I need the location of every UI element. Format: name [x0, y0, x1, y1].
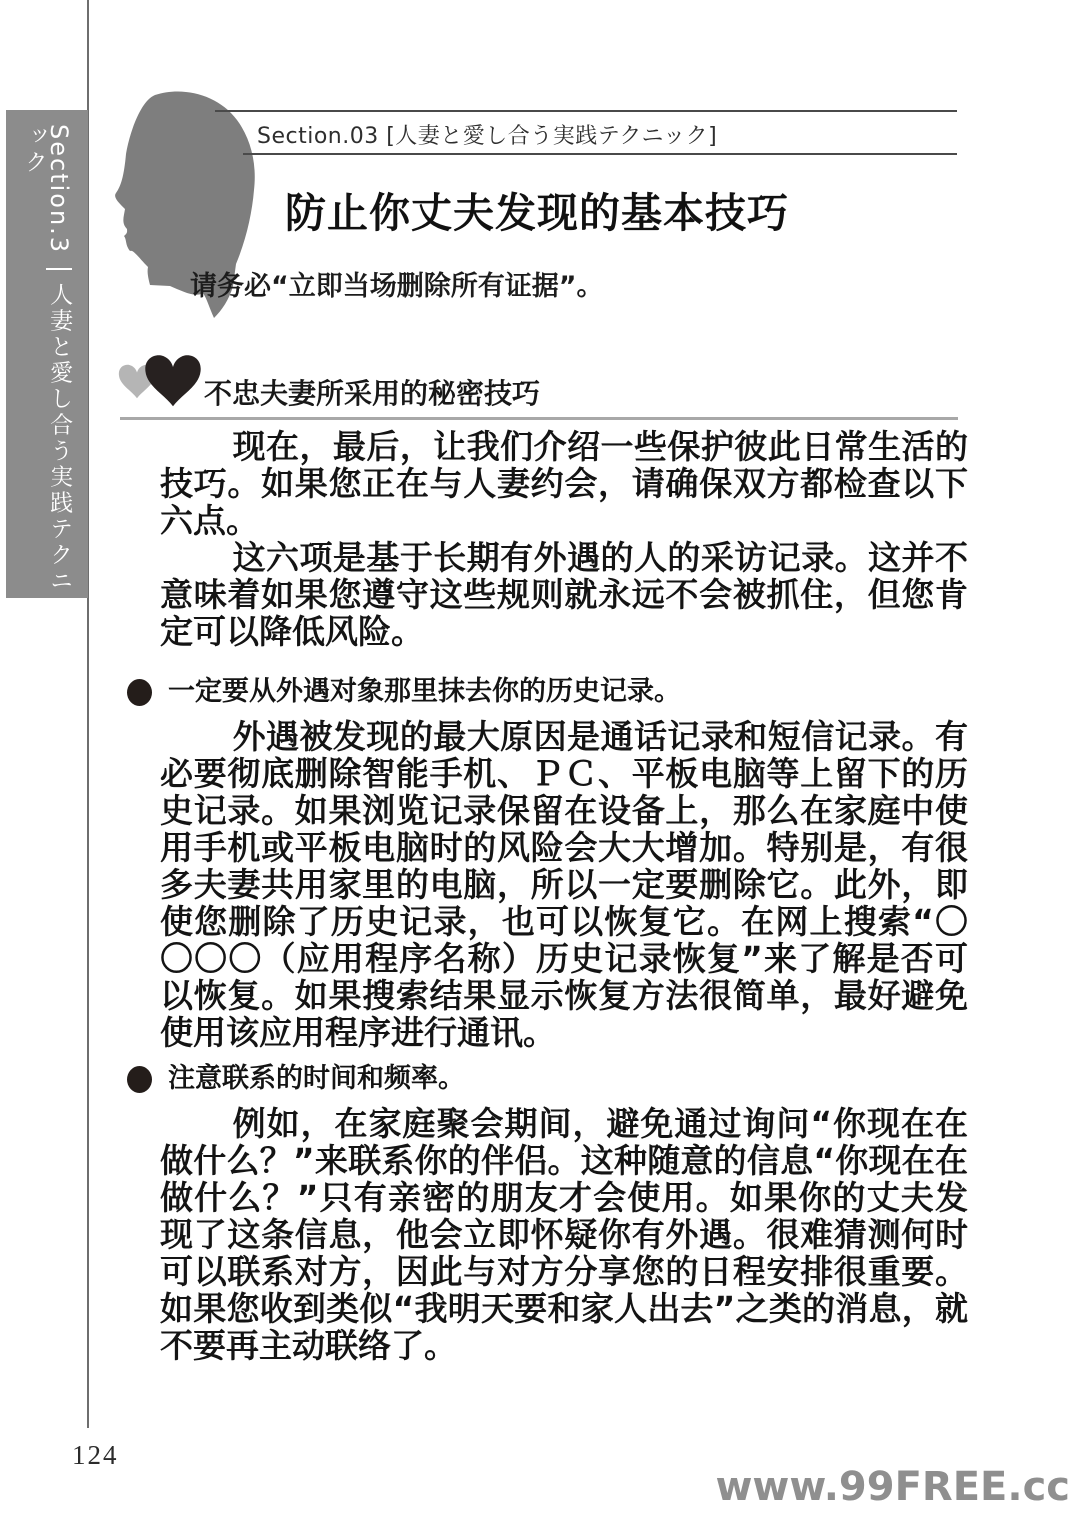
sidebar-section-number: Section.3: [45, 124, 73, 254]
section-kicker: Section.03 [人妻と愛し合う実践テクニック]: [257, 119, 717, 150]
page-title: 防止你丈夫发现的基本技巧: [285, 180, 789, 239]
header-rule-bottom: [243, 153, 957, 155]
book-page: Section.3人妻と愛し合う実践テクニック Section.03 [人妻と愛…: [0, 0, 1080, 1532]
body-text: 现在，最后，让我们介绍一些保护彼此日常生活的技巧。如果您正在与人妻约会，请确保双…: [160, 428, 968, 1364]
intro-paragraph: 现在，最后，让我们介绍一些保护彼此日常生活的技巧。如果您正在与人妻约会，请确保双…: [160, 428, 968, 539]
double-heart-icon: [118, 352, 202, 418]
page-number: 124: [72, 1440, 119, 1471]
header-rule-top: [215, 110, 957, 112]
page-subtitle: 请务必“立即当场删除所有证据”。: [190, 264, 604, 303]
bullet-icon: [127, 1066, 152, 1093]
bullet-icon: [127, 679, 152, 706]
bullet-label: 一定要从外遇对象那里抹去你的历史记录。: [168, 676, 681, 708]
bullet-label: 注意联系的时间和频率。: [168, 1063, 465, 1095]
bullet-item: 一定要从外遇对象那里抹去你的历史记录。: [127, 676, 968, 708]
section-heading: 不忠夫妻所采用的秘密技巧: [204, 372, 540, 412]
section-sidebar: Section.3人妻と愛し合う実践テクニック: [6, 110, 88, 598]
item-paragraph: 外遇被发现的最大原因是通话记录和短信记录。有必要彻底删除智能手机、ＰＣ、平板电脑…: [160, 718, 968, 1051]
intro-paragraph: 这六项是基于长期有外遇的人的采访记录。这并不意味着如果您遵守这些规则就永远不会被…: [160, 539, 968, 650]
item-paragraph: 例如，在家庭聚会期间，避免通过询问“你现在在做什么？”来联系你的伴侣。这种随意的…: [160, 1105, 968, 1364]
section-heading-rule: [120, 417, 958, 420]
watermark: www.99FREE.cc: [715, 1464, 1070, 1510]
sidebar-divider: [46, 268, 72, 270]
bullet-item: 注意联系的时间和频率。: [127, 1063, 968, 1095]
sidebar-vertical-text: Section.3人妻と愛し合う実践テクニック: [22, 124, 72, 598]
